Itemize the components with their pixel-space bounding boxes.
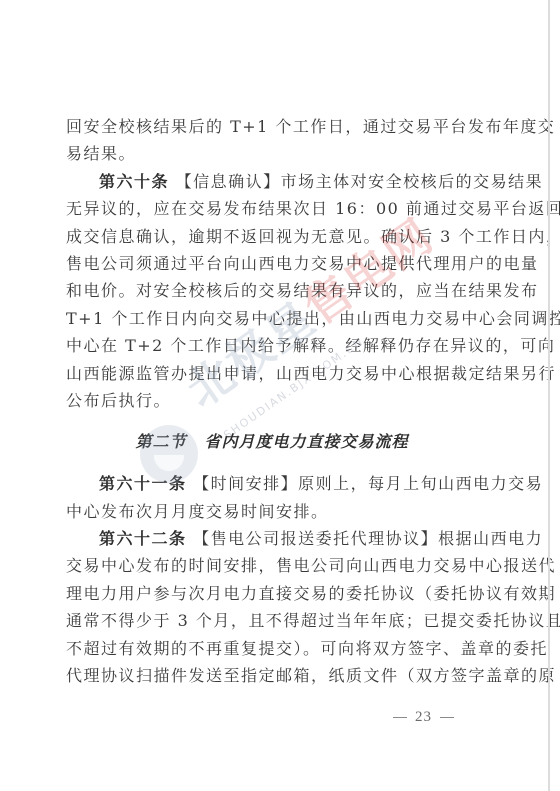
text-line: 中心发布次月月度交易时间安排。 — [66, 498, 478, 525]
text-line: 不超过有效期的不再重复提交）。可向将双方签字、盖章的委托 — [66, 635, 478, 662]
article-62-first-line: 第六十二条 【售电公司报送委托代理协议】根据山西电力 — [66, 525, 478, 552]
page-edge-divider — [548, 0, 550, 791]
article-60-first-line: 第六十条 【信息确认】市场主体对安全校核后的交易结果 — [66, 168, 478, 195]
text-line: 中心在 T+2 个工作日内给予解释。经解释仍存在异议的，可向 — [66, 332, 478, 359]
text-line: 山西能源监管办提出申请，山西电力交易中心根据裁定结果另行 — [66, 360, 478, 387]
page-number-value: 23 — [415, 709, 432, 725]
dash-decoration — [440, 717, 454, 718]
article-61-first-line: 第六十一条 【时间安排】原则上，每月上旬山西电力交易 — [66, 470, 478, 497]
document-page: 回安全校核结果后的 T+1 个工作日，通过交易平台发布年度交 易结果。 第六十条… — [0, 0, 549, 791]
text-line: 公布后执行。 — [66, 387, 478, 414]
section-heading: 第二节省内月度电力直接交易流程 — [66, 414, 478, 470]
text-line: 和电价。对安全校核后的交易结果有异议的，应当在结果发布 — [66, 277, 478, 304]
article-number: 第六十一条 — [99, 474, 187, 493]
text-line: T+1 个工作日内向交易中心提出，由山西电力交易中心会同调控 — [66, 305, 478, 332]
text-line: 无异议的，应在交易发布结果次日 16：00 前通过交易平台返回 — [66, 195, 478, 222]
text-line: 易结果。 — [66, 140, 478, 167]
text-line: 交易中心发布的时间安排，售电公司向山西电力交易中心报送代 — [66, 552, 478, 579]
article-text: 【售电公司报送委托代理协议】根据山西电力 — [193, 529, 543, 548]
text-line: 回安全校核结果后的 T+1 个工作日，通过交易平台发布年度交 — [66, 113, 478, 140]
section-number: 第二节 — [135, 432, 186, 451]
article-text: 【信息确认】市场主体对安全校核后的交易结果 — [176, 172, 544, 191]
article-text: 【时间安排】原则上，每月上旬山西电力交易 — [193, 474, 543, 493]
page-number: 23 — [385, 709, 462, 726]
body-text: 回安全校核结果后的 T+1 个工作日，通过交易平台发布年度交 易结果。 第六十条… — [66, 113, 478, 689]
text-line: 理电力用户参与次月电力直接交易的委托协议（委托协议有效期 — [66, 580, 478, 607]
text-line: 代理协议扫描件发送至指定邮箱，纸质文件（双方签字盖章的原 — [66, 662, 478, 689]
section-title: 省内月度电力直接交易流程 — [205, 432, 409, 451]
text-line: 成交信息确认，逾期不返回视为无意见。确认后 3 个工作日内， — [66, 223, 478, 250]
dash-decoration — [393, 717, 407, 718]
article-number: 第六十条 — [99, 172, 169, 191]
text-line: 通常不得少于 3 个月，且不得超过当年年底；已提交委托协议且 — [66, 607, 478, 634]
article-number: 第六十二条 — [99, 529, 187, 548]
text-line: 售电公司须通过平台向山西电力交易中心提供代理用户的电量 — [66, 250, 478, 277]
